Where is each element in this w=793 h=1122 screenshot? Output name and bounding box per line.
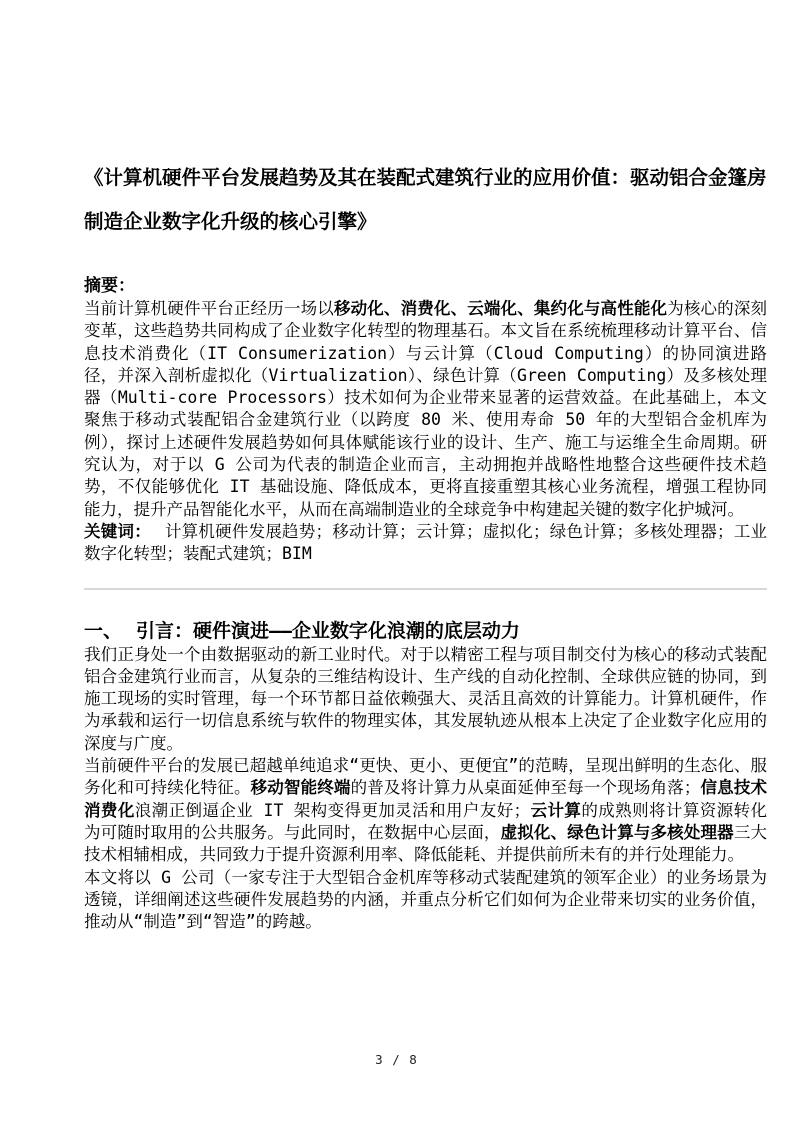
keywords-label: 关键词：	[84, 522, 151, 541]
intro-paragraph-3: 本文将以 G 公司（一家专注于大型铝合金机库等移动式装配建筑的领军企业）的业务场…	[84, 867, 767, 934]
section-divider	[84, 588, 767, 590]
keywords-text: 计算机硬件发展趋势；移动计算；云计算；虚拟化；绿色计算；多核处理器；工业数字化转…	[84, 522, 767, 563]
section-number: 一、	[84, 620, 122, 642]
abstract-paragraph: 当前计算机硬件平台正经历一场以移动化、消费化、云端化、集约化与高性能化为核心的深…	[84, 298, 767, 521]
section-heading-text: 引言：硬件演进——企业数字化浪潮的底层动力	[136, 620, 520, 642]
keywords-paragraph: 关键词：计算机硬件发展趋势；移动计算；云计算；虚拟化；绿色计算；多核处理器；工业…	[84, 521, 767, 566]
document-content: 《计算机硬件平台发展趋势及其在装配式建筑行业的应用价值：驱动铝合金篷房制造企业数…	[0, 0, 793, 933]
page-number: 3 / 8	[0, 1052, 793, 1068]
intro-paragraph-1: 我们正身处一个由数据驱动的新工业时代。对于以精密工程与项目制交付为核心的移动式装…	[84, 644, 767, 755]
document-page: 《计算机硬件平台发展趋势及其在装配式建筑行业的应用价值：驱动铝合金篷房制造企业数…	[0, 0, 793, 1122]
intro-paragraph-2: 当前硬件平台的发展已超越单纯追求“更快、更小、更便宜”的范畴，呈现出鲜明的生态化…	[84, 755, 767, 866]
section-heading: 一、引言：硬件演进——企业数字化浪潮的底层动力	[84, 618, 767, 644]
document-title: 《计算机硬件平台发展趋势及其在装配式建筑行业的应用价值：驱动铝合金篷房制造企业数…	[84, 156, 767, 244]
abstract-label: 摘要：	[84, 274, 767, 298]
